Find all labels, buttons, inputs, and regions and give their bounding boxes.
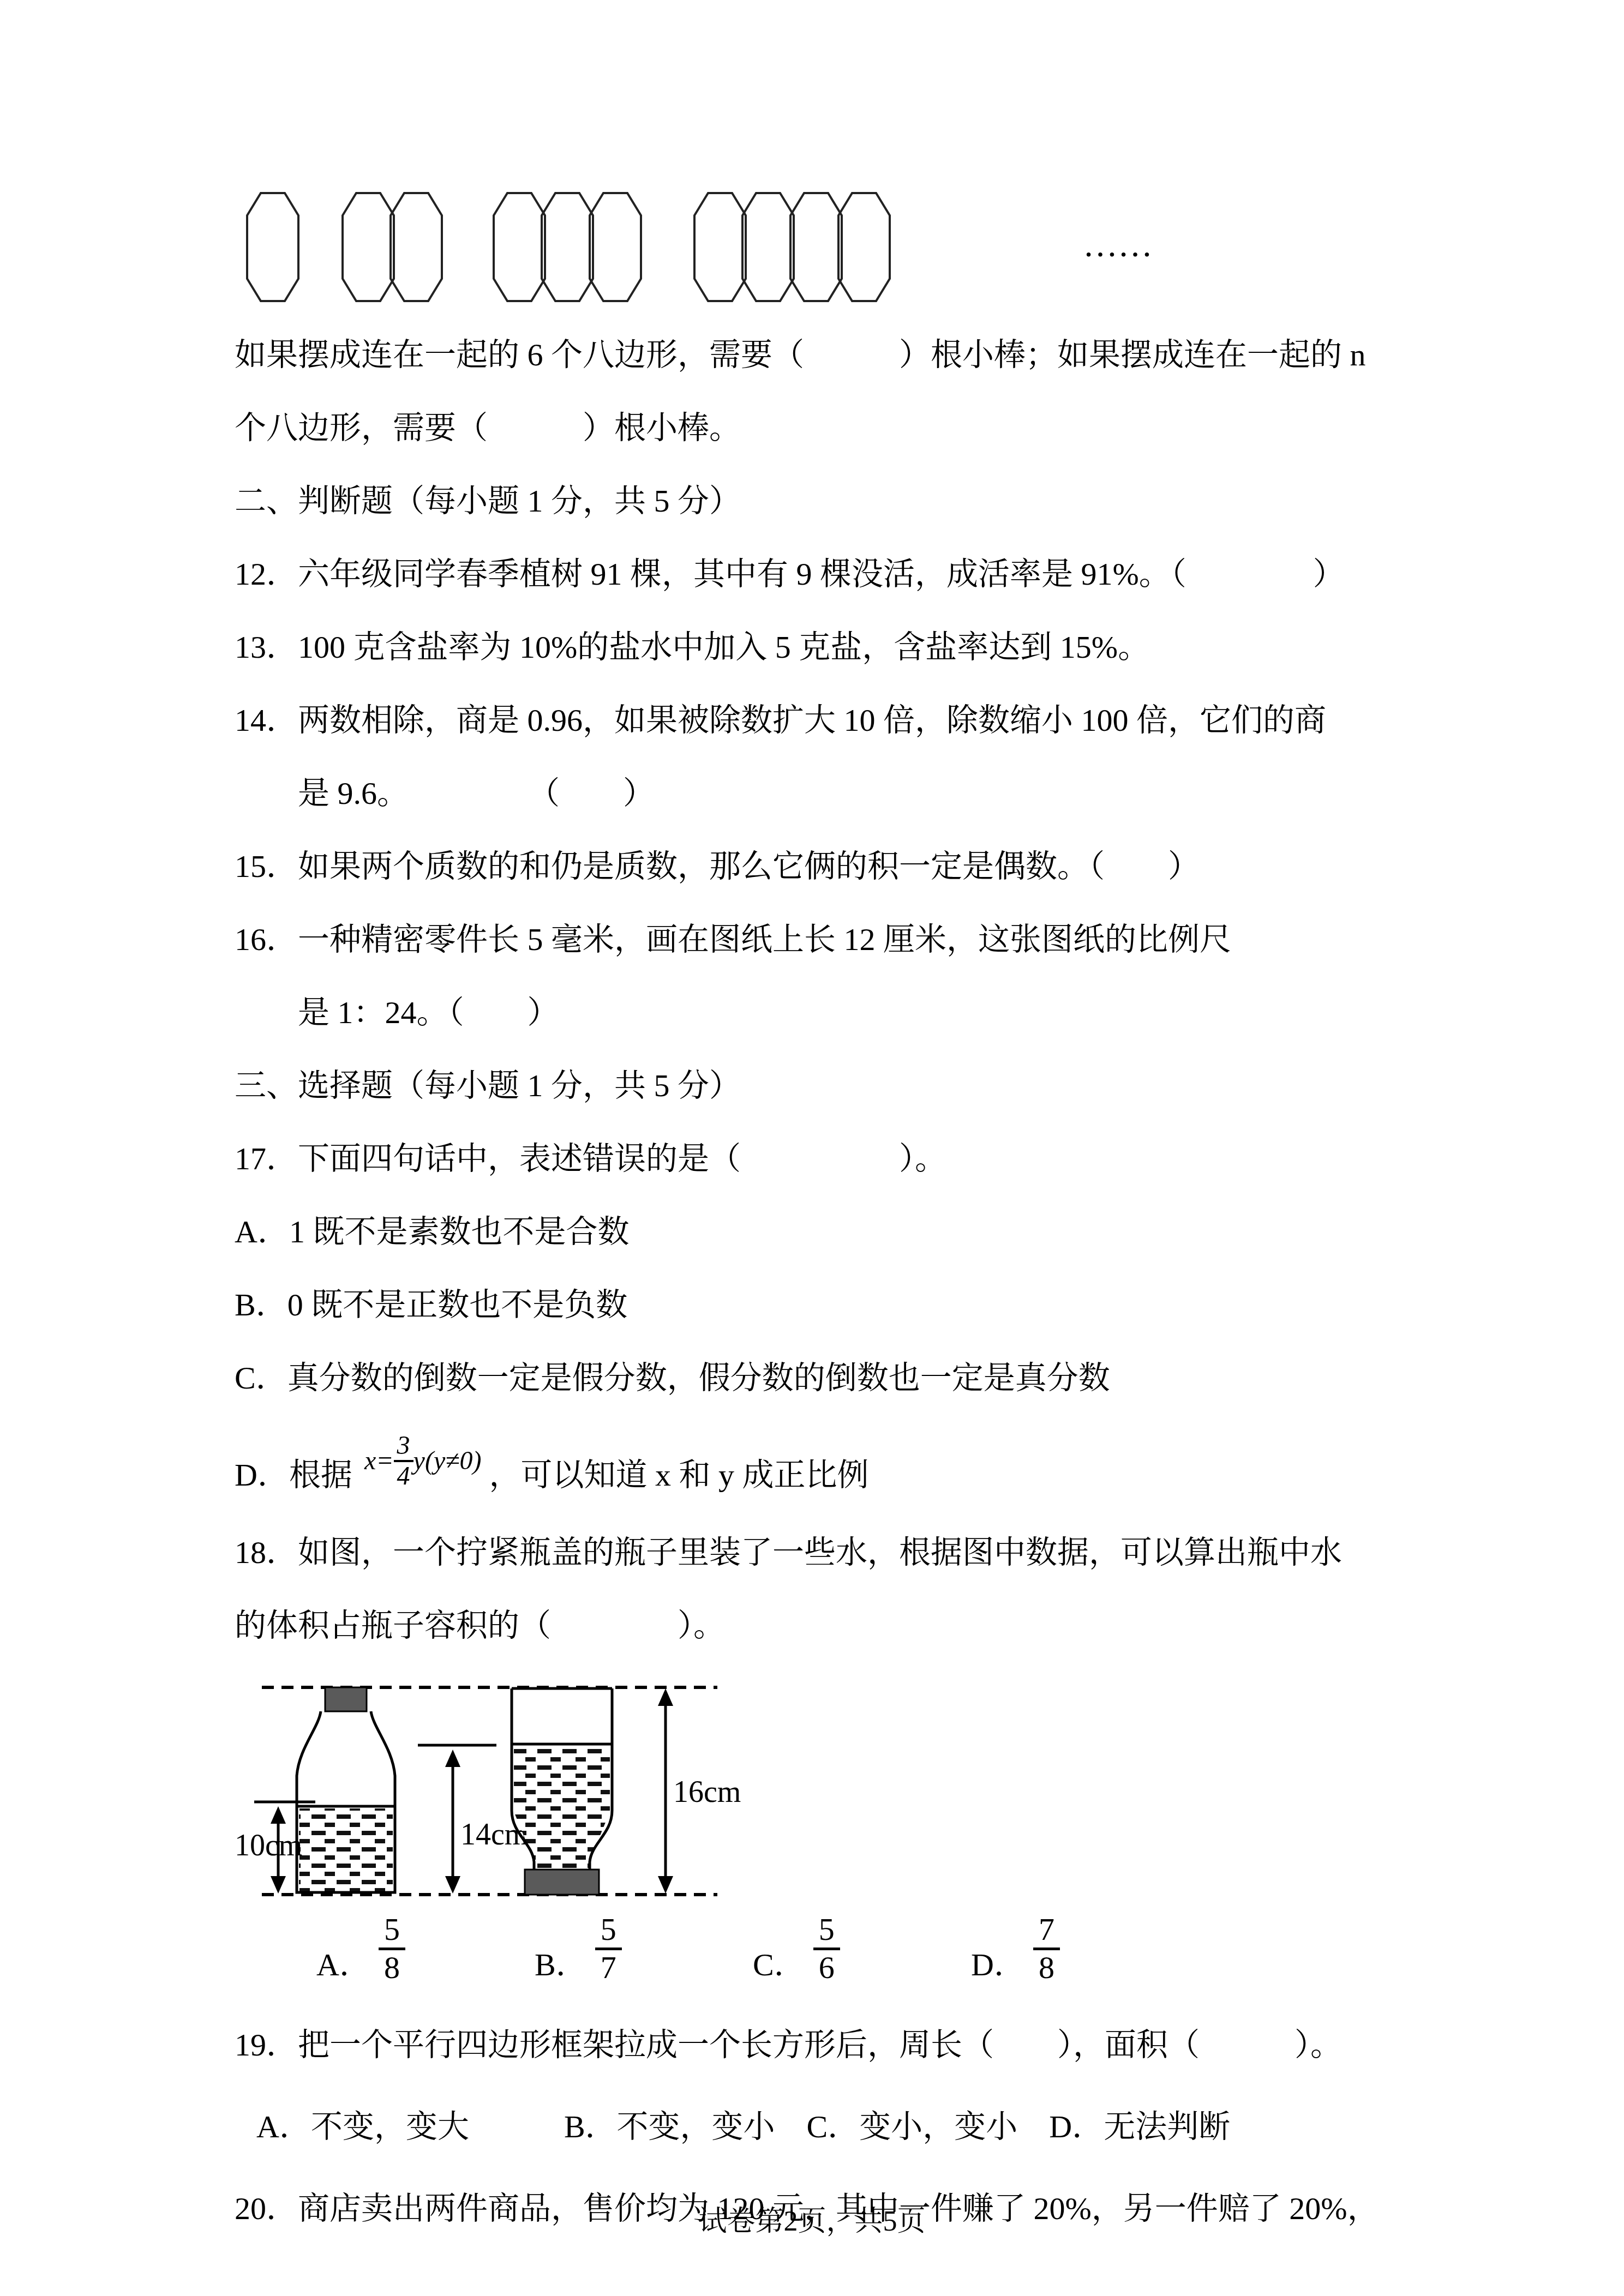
q18-line1: 18．如图，一个拧紧瓶盖的瓶子里装了一些水，根据图中数据，可以算出瓶中水	[235, 1516, 1417, 1589]
label-16cm: 16cm	[673, 1775, 741, 1809]
q17-option-d-prefix: D．根据	[235, 1457, 352, 1493]
fraction: 5 7	[595, 1913, 622, 1985]
octagon-group-1	[247, 193, 298, 301]
fraction-numerator: 5	[813, 1913, 840, 1950]
q18-option-a: A． 5 8	[316, 1913, 535, 1985]
formula-fraction: 34	[394, 1432, 414, 1490]
q17-option-d: D．根据x=34y(y≠0)，可以知道 x 和 y 成正比例	[235, 1434, 1417, 1516]
option-letter: A．	[316, 1939, 371, 1985]
bottle-cap	[325, 1687, 367, 1711]
fraction-denominator: 8	[1033, 1950, 1060, 1985]
q14-line1: 14．两数相除，商是 0.96，如果被除数扩大 10 倍，除数缩小 100 倍，…	[235, 684, 1417, 757]
option-letter: D．	[971, 1939, 1026, 1985]
q18-option-c: C． 5 6	[753, 1913, 971, 1985]
label-10cm: 10cm	[235, 1829, 302, 1862]
q18-option-d: D． 7 8	[971, 1913, 1189, 1985]
q17-option-a: A．1 既不是素数也不是合数	[235, 1195, 1417, 1269]
fraction: 5 6	[813, 1913, 840, 1985]
fraction-denominator: 7	[595, 1950, 622, 1985]
fraction-numerator: 5	[379, 1913, 405, 1950]
page-footer: 试卷第2页，共5页	[0, 2198, 1624, 2239]
q17-stem: 17．下面四句话中，表述错误的是（ ）。	[235, 1122, 1417, 1195]
fraction: 7 8	[1033, 1913, 1060, 1985]
octagon-group-4	[694, 193, 890, 301]
proportion-formula: x=34y(y≠0)	[364, 1432, 482, 1490]
q17-option-b: B．0 既不是正数也不是负数	[235, 1269, 1417, 1342]
fraction-denominator: 6	[813, 1950, 840, 1985]
formula-rhs: y(y≠0)	[414, 1447, 482, 1475]
q15: 15．如果两个质数的和仍是质数，那么它俩的积一定是偶数。（ ）	[235, 830, 1417, 903]
q16-line1: 16．一种精密零件长 5 毫米，画在图纸上长 12 厘米，这张图纸的比例尺	[235, 903, 1417, 976]
q19-options: A．不变，变大 B．不变，变小 C．变小，变小 D．无法判断	[256, 2086, 1417, 2168]
section2-title: 二、判断题（每小题 1 分，共 5 分）	[235, 465, 1417, 538]
q18-options-row: A． 5 8 B． 5 7 C． 5 6	[316, 1913, 1417, 1985]
water-left	[299, 1808, 393, 1891]
formula-denominator: 4	[394, 1462, 414, 1490]
q14-answer-paren: （ ）	[528, 776, 655, 811]
formula-numerator: 3	[394, 1432, 414, 1462]
option-letter: B．	[535, 1939, 588, 1985]
exam-page: …… 如果摆成连在一起的 6 个八边形，需要（ ）根小棒；如果摆成连在一起的 n…	[0, 0, 1624, 2296]
fraction-numerator: 5	[595, 1913, 622, 1950]
q19-stem: 19．把一个平行四边形框架拉成一个长方形后，周长（ ），面积（ ）。	[235, 2004, 1417, 2086]
inverted-bottle-cap	[525, 1870, 599, 1895]
q17-option-d-suffix: ，可以知道 x 和 y 成正比例	[489, 1457, 869, 1493]
section3-title: 三、选择题（每小题 1 分，共 5 分）	[235, 1049, 1417, 1122]
octagon-group-2	[343, 193, 442, 301]
label-14cm: 14cm	[460, 1818, 528, 1852]
q12: 12．六年级同学春季植树 91 棵，其中有 9 棵没活，成活率是 91%。（ ）	[235, 538, 1417, 611]
q17-option-c: C．真分数的倒数一定是假分数，假分数的倒数也一定是真分数	[235, 1342, 1417, 1415]
formula-lhs: x=	[364, 1447, 394, 1475]
octagon-pattern-figure: ……	[240, 189, 1178, 305]
q11-line2: 个八边形，需要（ ）根小棒。	[235, 392, 1417, 465]
q16-line2: 是 1：24。（ ）	[298, 976, 1417, 1049]
measure-16cm: 16cm	[658, 1688, 741, 1894]
fraction: 5 8	[379, 1913, 405, 1985]
upright-bottle	[297, 1687, 395, 1892]
page-content: …… 如果摆成连在一起的 6 个八边形，需要（ ）根小棒；如果摆成连在一起的 n…	[0, 0, 1624, 2250]
octagon-group-3	[494, 193, 641, 301]
bottle-figure: 10cm 14cm 16cm	[235, 1681, 747, 1899]
fraction-numerator: 7	[1033, 1913, 1060, 1950]
inverted-bottle	[512, 1688, 612, 1895]
q14-answer-text: 是 9.6。	[298, 776, 409, 811]
option-letter: C．	[753, 1939, 806, 1985]
q18-option-b: B． 5 7	[535, 1913, 753, 1985]
q14-line2: 是 9.6。 （ ）	[298, 757, 1417, 830]
q11-line1: 如果摆成连在一起的 6 个八边形，需要（ ）根小棒；如果摆成连在一起的 n	[235, 318, 1417, 392]
ellipsis-dots: ……	[1083, 225, 1153, 264]
q13: 13．100 克含盐率为 10%的盐水中加入 5 克盐，含盐率达到 15%。	[235, 611, 1417, 684]
fraction-denominator: 8	[379, 1950, 405, 1985]
q18-line2: 的体积占瓶子容积的（ ）。	[235, 1589, 1417, 1662]
